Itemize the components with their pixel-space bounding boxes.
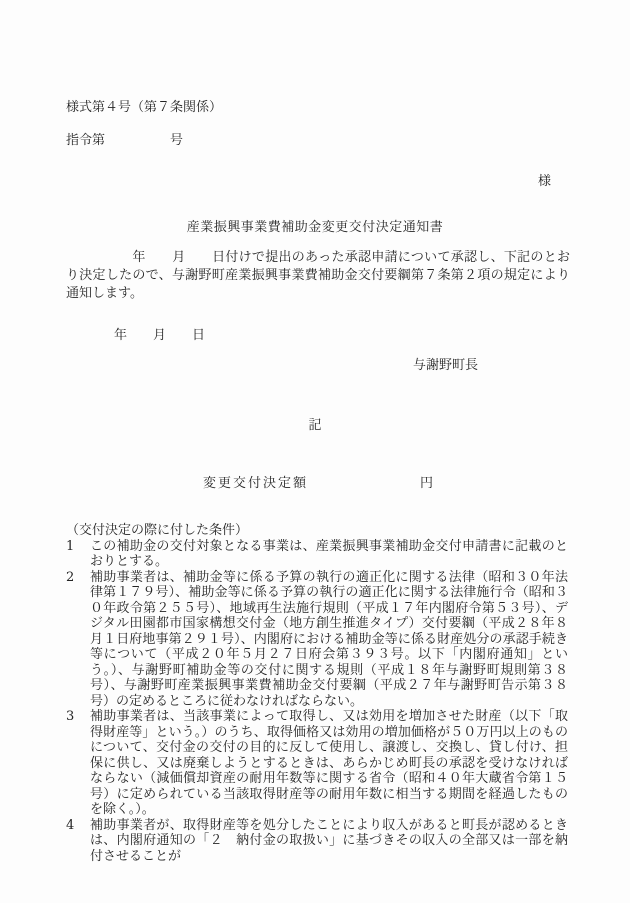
directive-number-line: 指令第 号 xyxy=(66,133,183,149)
condition-item-1: 1 この補助金の交付対象となる事業は、産業振興事業補助金交付申請書に記載のとおり… xyxy=(66,539,568,570)
issuer-name: 与謝野町長 xyxy=(413,358,478,374)
document-title: 産業振興事業費補助金変更交付決定通知書 xyxy=(0,220,630,236)
condition-number: 1 xyxy=(66,539,74,555)
condition-text: 補助事業者は、補助金等に係る予算の執行の適正化に関する法律（昭和３０年法律第１７… xyxy=(90,570,568,709)
condition-item-4: 4 補助事業者が、取得財産等を処分したことにより収入があると町長が認めるときは、… xyxy=(66,818,568,865)
condition-text: この補助金の交付対象となる事業は、産業振興事業補助金交付申請書に記載のとおりとす… xyxy=(90,539,568,570)
addressee-honorific: 様 xyxy=(538,174,551,190)
document-page: 様式第４号（第７条関係） 指令第 号 様 産業振興事業費補助金変更交付決定通知書… xyxy=(0,0,630,903)
condition-number: 4 xyxy=(66,818,74,834)
form-number: 様式第４号（第７条関係） xyxy=(66,100,222,116)
intro-paragraph: 年 月 日付けで提出のあった承認申請について承認し、下記のとおり決定したので、与… xyxy=(66,249,570,303)
date-line: 年 月 日 xyxy=(114,328,205,344)
condition-number: 3 xyxy=(66,709,74,725)
amount-unit: 円 xyxy=(420,476,433,492)
conditions-section: （交付決定の際に付した条件） 1 この補助金の交付対象となる事業は、産業振興事業… xyxy=(66,523,568,864)
condition-number: 2 xyxy=(66,570,74,586)
conditions-heading: （交付決定の際に付した条件） xyxy=(66,523,568,539)
record-marker: 記 xyxy=(0,418,630,434)
amount-label: 変更交付決定額 xyxy=(203,476,308,492)
condition-text: 補助事業者が、取得財産等を処分したことにより収入があると町長が認めるときは、内閣… xyxy=(90,818,568,864)
condition-text: 補助事業者は、当該事業によって取得し、又は効用を増加させた財産（以下「取得財産等… xyxy=(90,709,568,817)
condition-item-2: 2 補助事業者は、補助金等に係る予算の執行の適正化に関する法律（昭和３０年法律第… xyxy=(66,570,568,710)
condition-item-3: 3 補助事業者は、当該事業によって取得し、又は効用を増加させた財産（以下「取得財… xyxy=(66,709,568,818)
